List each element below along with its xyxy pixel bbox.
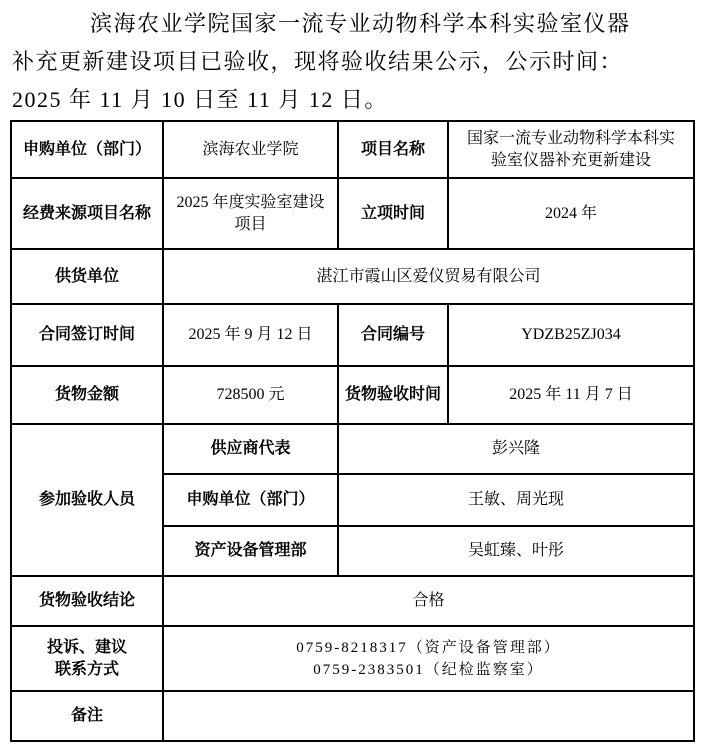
amount-label: 货物金额 (11, 366, 163, 424)
contract-no-value: YDZB25ZJ034 (448, 304, 694, 366)
acceptance-date-label: 货物验收时间 (338, 366, 448, 424)
approval-time-value: 2024 年 (448, 178, 694, 249)
contract-date-value: 2025 年 9 月 12 日 (163, 304, 338, 366)
approval-time-label: 立项时间 (338, 178, 448, 249)
remarks-label: 备注 (11, 691, 163, 741)
contract-date-label: 合同签订时间 (11, 304, 163, 366)
table-row: 货物金额 728500 元 货物验收时间 2025 年 11 月 7 日 (11, 366, 694, 424)
contract-no-label: 合同编号 (338, 304, 448, 366)
table-row: 投诉、建议 联系方式 0759-8218317（资产设备管理部） 0759-23… (11, 626, 694, 691)
participant-role-purchasing-unit: 申购单位（部门） (163, 474, 338, 526)
project-name-label: 项目名称 (338, 121, 448, 178)
participant-role-asset-dept: 资产设备管理部 (163, 526, 338, 576)
funding-source-value: 2025 年度实验室建设 项目 (163, 178, 338, 249)
participant-names-purchasing-unit: 王敏、周光现 (338, 474, 694, 526)
supplier-label: 供货单位 (11, 249, 163, 304)
table-row: 供货单位 湛江市霞山区爱仪贸易有限公司 (11, 249, 694, 304)
table-row: 经费来源项目名称 2025 年度实验室建设 项目 立项时间 2024 年 (11, 178, 694, 249)
project-name-value: 国家一流专业动物科学本科实 验室仪器补充更新建设 (448, 121, 694, 178)
supplier-value: 湛江市霞山区爱仪贸易有限公司 (163, 249, 694, 304)
table-row: 申购单位（部门） 滨海农业学院 项目名称 国家一流专业动物科学本科实 验室仪器补… (11, 121, 694, 178)
table-row: 合同签订时间 2025 年 9 月 12 日 合同编号 YDZB25ZJ034 (11, 304, 694, 366)
complaint-contact-label: 投诉、建议 联系方式 (11, 626, 163, 691)
acceptance-table: 申购单位（部门） 滨海农业学院 项目名称 国家一流专业动物科学本科实 验室仪器补… (10, 120, 695, 742)
purchasing-unit-value: 滨海农业学院 (163, 121, 338, 178)
purchasing-unit-label: 申购单位（部门） (11, 121, 163, 178)
announcement-title: 滨海农业学院国家一流专业动物科学本科实验室仪器 补充更新建设项目已验收，现将验收… (0, 0, 702, 119)
table-row: 备注 (11, 691, 694, 741)
amount-value: 728500 元 (163, 366, 338, 424)
complaint-contact-value: 0759-8218317（资产设备管理部） 0759-2383501（纪检监察室… (163, 626, 694, 691)
acceptance-date-value: 2025 年 11 月 7 日 (448, 366, 694, 424)
announcement-document: 滨海农业学院国家一流专业动物科学本科实验室仪器 补充更新建设项目已验收，现将验收… (0, 0, 702, 753)
funding-source-label: 经费来源项目名称 (11, 178, 163, 249)
conclusion-value: 合格 (163, 576, 694, 626)
participant-role-supplier-rep: 供应商代表 (163, 424, 338, 474)
conclusion-label: 货物验收结论 (11, 576, 163, 626)
table-row: 货物验收结论 合格 (11, 576, 694, 626)
remarks-value (163, 691, 694, 741)
participant-names-supplier-rep: 彭兴隆 (338, 424, 694, 474)
participants-label: 参加验收人员 (11, 424, 163, 576)
participant-names-asset-dept: 吴虹臻、叶彤 (338, 526, 694, 576)
table-row: 参加验收人员 供应商代表 彭兴隆 (11, 424, 694, 474)
